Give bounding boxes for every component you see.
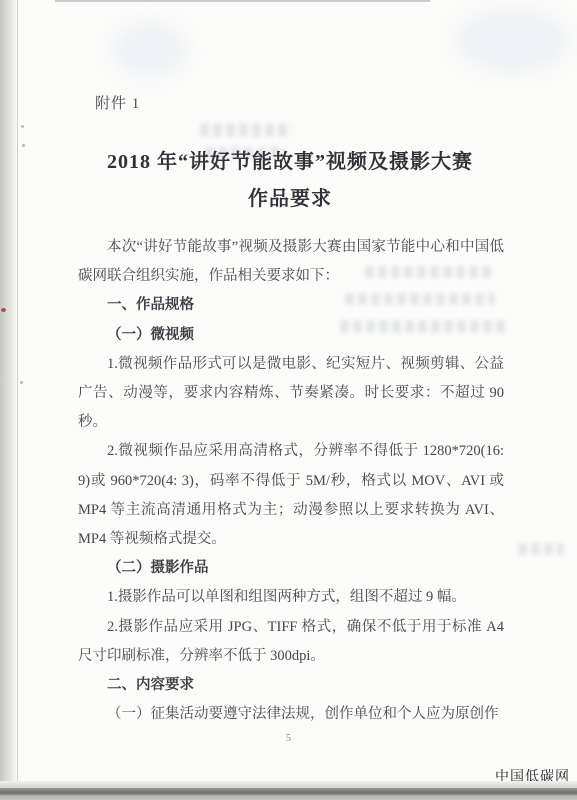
- scanned-page: 附件 1 2018 年“讲好节能故事”视频及摄影大赛 作品要求 本次“讲好节能故…: [0, 0, 577, 800]
- scanner-bottom-bar-dark: [0, 788, 577, 795]
- bleed-through-smudge: [200, 123, 292, 137]
- paragraph-video-1: 1.微视频作品形式可以是微电影、纪实短片、视频剪辑、公益广告、动漫等，要求内容精…: [78, 350, 504, 438]
- dust-speck: [20, 381, 23, 384]
- subsection-heading-1: （一）微视频: [78, 321, 504, 350]
- scanner-bottom-bar-light: [0, 781, 577, 788]
- scanner-top-line: [55, 0, 430, 2]
- dust-speck: [21, 125, 24, 128]
- paper-smudge: [455, 8, 570, 73]
- section-heading-1: 一、作品规格: [78, 291, 504, 320]
- scanner-bottom-bar-mid: [0, 795, 577, 800]
- paragraph-intro: 本次“讲好节能故事”视频及摄影大赛由国家节能中心和中国低碳网联合组织实施，作品相…: [78, 233, 504, 291]
- document-body: 本次“讲好节能故事”视频及摄影大赛由国家节能中心和中国低碳网联合组织实施，作品相…: [78, 233, 504, 729]
- page-number: 5: [0, 733, 577, 744]
- paper-smudge: [112, 22, 187, 77]
- paragraph-photo-2: 2.摄影作品应采用 JPG、TIFF 格式，确保不低于用于标准 A4 尺寸印刷标…: [78, 613, 504, 671]
- document-title: 2018 年“讲好节能故事”视频及摄影大赛 作品要求: [76, 144, 504, 218]
- dust-speck: [22, 144, 25, 147]
- red-ink-speck: [1, 308, 6, 312]
- title-line-1: 2018 年“讲好节能故事”视频及摄影大赛: [107, 151, 473, 173]
- paragraph-content-req: （一）征集活动要遵守法律法规，创作单位和个人应为原创作: [78, 700, 504, 729]
- section-heading-2: 二、内容要求: [78, 671, 504, 700]
- paragraph-video-2: 2.微视频作品应采用高清格式，分辨率不得低于 1280*720(16: 9)或 …: [78, 437, 504, 554]
- paragraph-photo-1: 1.摄影作品可以单图和组图两种方式，组图不超过 9 幅。: [78, 583, 504, 612]
- title-line-2: 作品要求: [248, 188, 332, 210]
- bleed-through-smudge: [518, 543, 564, 555]
- subsection-heading-2: （二）摄影作品: [78, 554, 504, 583]
- scanner-edge-strip: [0, 0, 18, 800]
- attachment-label: 附件 1: [95, 92, 140, 113]
